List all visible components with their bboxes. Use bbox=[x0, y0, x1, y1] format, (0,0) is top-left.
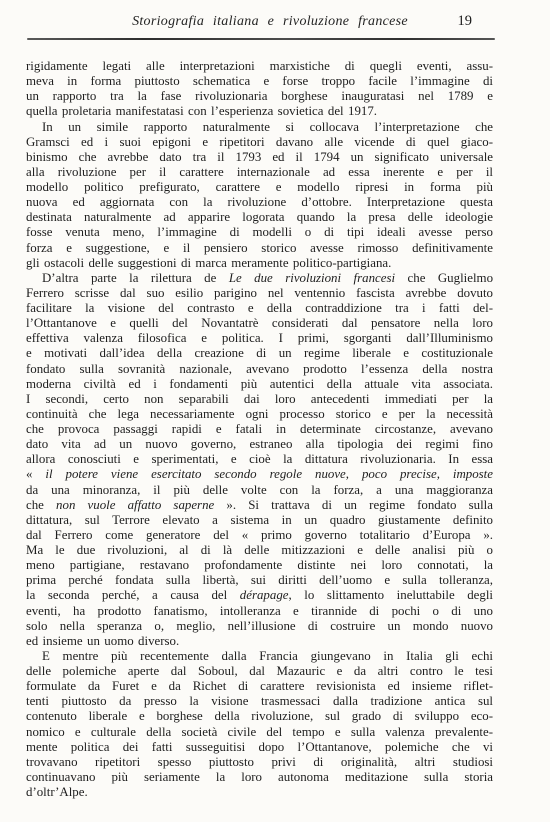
text-line: E mentre più recentemente dalla Francia … bbox=[26, 649, 493, 664]
text-line: facilitare la visione del contrasto e de… bbox=[26, 301, 493, 316]
text-line: meno partigiane, restavano profondamente… bbox=[26, 558, 493, 573]
text-segment: dato vita ad un nuovo governo, estraneo … bbox=[26, 437, 493, 451]
text-segment: che provoca passaggi rapidi e fatali in … bbox=[26, 422, 493, 436]
text-line: Gramsci ed i suoi epigoni e ripetitori d… bbox=[26, 135, 493, 150]
text-segment: da una minoranza, il più delle volte con… bbox=[26, 483, 493, 497]
text-segment: dal Ferrero come generatore del « primo … bbox=[26, 528, 493, 542]
italic-text-segment: il potere viene esercitato secondo regol… bbox=[45, 467, 493, 481]
italic-text-segment: dérapage bbox=[240, 588, 289, 602]
text-line: meva in forma piuttosto schematica e for… bbox=[26, 74, 493, 89]
book-page: Storiografia italiana e rivoluzione fran… bbox=[0, 0, 550, 822]
text-segment: facilitare la visione del contrasto e de… bbox=[26, 301, 493, 315]
text-segment: formulate da Furet e da Richet di caratt… bbox=[26, 679, 493, 693]
text-segment: Ma le due rivoluzioni, al di là delle mi… bbox=[26, 543, 493, 557]
text-line: rigidamente legati alle interpretazioni … bbox=[26, 59, 493, 74]
text-line: « il potere viene esercitato secondo reg… bbox=[26, 467, 493, 482]
text-line: binismo che avrebbe dato tra il 1793 ed … bbox=[26, 150, 493, 165]
text-segment: I secondi, certo non separabili dai loro… bbox=[26, 392, 493, 406]
text-segment: ». Si trattava di un regime fondato sull… bbox=[214, 498, 493, 512]
text-segment: binismo che avrebbe dato tra il 1793 ed … bbox=[26, 150, 493, 164]
text-segment: Gramsci ed i suoi epigoni e ripetitori d… bbox=[26, 135, 493, 149]
text-segment: mente politica dei fatti susseguitisi do… bbox=[26, 740, 493, 754]
text-line: che non vuole affatto saperne ». Si trat… bbox=[26, 498, 493, 513]
text-line: I secondi, certo non separabili dai loro… bbox=[26, 392, 493, 407]
text-line: la seconda perché, a causa del dérapage,… bbox=[26, 588, 493, 603]
text-line: nomico e culturale della società civile … bbox=[26, 725, 493, 740]
text-segment: un rapporto tra la fase rivoluzionaria b… bbox=[26, 89, 493, 103]
text-line: dal Ferrero come generatore del « primo … bbox=[26, 528, 493, 543]
text-segment: modello politico prefigurato, carattere … bbox=[26, 180, 493, 194]
text-segment: destinata naturalmente ad apparire logor… bbox=[26, 210, 493, 224]
text-segment: alla rivoluzione per il carattere intern… bbox=[26, 165, 493, 179]
text-segment: dittatura, sul Terrore elevato a sistema… bbox=[26, 513, 493, 527]
text-line: contenuto liberale e borghese della rivo… bbox=[26, 709, 493, 724]
text-line: eventi, ha prodotto fanatismo, intollera… bbox=[26, 604, 493, 619]
text-line: mente politica dei fatti susseguitisi do… bbox=[26, 740, 493, 755]
text-line: delle polemiche aperte dal Soboul, dal M… bbox=[26, 664, 493, 679]
text-segment: allora conosciuti e sperimentati, e cioè… bbox=[26, 452, 493, 466]
text-segment: meva in forma piuttosto schematica e for… bbox=[26, 74, 493, 88]
text-line: allora conosciuti e sperimentati, e cioè… bbox=[26, 452, 493, 467]
text-line: da una minoranza, il più delle volte con… bbox=[26, 483, 493, 498]
text-line: dittatura, sul Terrore elevato a sistema… bbox=[26, 513, 493, 528]
text-line: continuavano più seriamente la loro auto… bbox=[26, 770, 493, 785]
text-segment: forza e suggestione, e il pensiero stori… bbox=[26, 241, 493, 255]
text-line: fondato sulla sovranità nazionale, aveva… bbox=[26, 362, 493, 377]
body-text: rigidamente legati alle interpretazioni … bbox=[26, 59, 493, 800]
text-segment: ed insieme un uomo diverso. bbox=[26, 634, 179, 648]
text-segment: Ferrero scrisse dal suo esilio parigino … bbox=[26, 286, 493, 300]
text-line: gli ostacoli delle suggestioni di marca … bbox=[26, 256, 493, 271]
text-segment: fosse venuta meno, l’immagine di modelli… bbox=[26, 225, 493, 239]
text-line: quella proletaria manifestatasi con l’es… bbox=[26, 104, 493, 119]
text-segment: solo nella speranza o, meglio, nell’illu… bbox=[26, 619, 493, 633]
text-segment: delle polemiche aperte dal Soboul, dal M… bbox=[26, 664, 493, 678]
text-segment: contenuto liberale e borghese della rivo… bbox=[26, 709, 493, 723]
text-line: prima perché fondata sulla libertà, sui … bbox=[26, 573, 493, 588]
text-line: destinata naturalmente ad apparire logor… bbox=[26, 210, 493, 225]
text-line: alla rivoluzione per il carattere intern… bbox=[26, 165, 493, 180]
text-line: forza e suggestione, e il pensiero stori… bbox=[26, 241, 493, 256]
text-line: fosse venuta meno, l’immagine di modelli… bbox=[26, 225, 493, 240]
text-segment: fondato sulla sovranità nazionale, aveva… bbox=[26, 362, 493, 376]
text-segment: trovavano ripetitori spesso piuttosto pr… bbox=[26, 755, 493, 769]
text-line: che provoca passaggi rapidi e fatali in … bbox=[26, 422, 493, 437]
text-line: formulate da Furet e da Richet di caratt… bbox=[26, 679, 493, 694]
text-segment: tenti piuttosto da presso la visione tra… bbox=[26, 694, 493, 708]
text-segment: prima perché fondata sulla libertà, sui … bbox=[26, 573, 493, 587]
text-line: solo nella speranza o, meglio, nell’illu… bbox=[26, 619, 493, 634]
text-line: ed insieme un uomo diverso. bbox=[26, 634, 493, 649]
text-segment: gli ostacoli delle suggestioni di marca … bbox=[26, 256, 391, 270]
text-segment: , lo slittamento ineluttabile degli bbox=[288, 588, 493, 602]
text-line: effettiva valenza filosofica e politica.… bbox=[26, 331, 493, 346]
text-line: modello politico prefigurato, carattere … bbox=[26, 180, 493, 195]
text-segment: moderna civiltà ed i fondamenti più aute… bbox=[26, 377, 493, 391]
text-line: moderna civiltà ed i fondamenti più aute… bbox=[26, 377, 493, 392]
text-line: Ma le due rivoluzioni, al di là delle mi… bbox=[26, 543, 493, 558]
header-rule bbox=[27, 38, 495, 40]
text-segment: l’Ottantanove e quelli del Novantatrè co… bbox=[26, 316, 493, 330]
text-line: nuova ed aggiornata con la rivoluzione d… bbox=[26, 195, 493, 210]
text-segment: che bbox=[26, 498, 56, 512]
text-segment: nomico e culturale della società civile … bbox=[26, 725, 493, 739]
text-segment: quella proletaria manifestatasi con l’es… bbox=[26, 104, 377, 118]
text-segment: d’oltr’Alpe. bbox=[26, 785, 88, 799]
text-segment: meno partigiane, restavano profondamente… bbox=[26, 558, 493, 572]
text-line: Ferrero scrisse dal suo esilio parigino … bbox=[26, 286, 493, 301]
text-segment: la seconda perché, a causa del bbox=[26, 588, 240, 602]
text-segment: continuavano più seriamente la loro auto… bbox=[26, 770, 493, 784]
text-line: In un simile rapporto naturalmente si co… bbox=[26, 120, 493, 135]
text-segment: eventi, ha prodotto fanatismo, intollera… bbox=[26, 604, 493, 618]
italic-text-segment: non vuole affatto saperne bbox=[56, 498, 214, 512]
text-line: l’Ottantanove e quelli del Novantatrè co… bbox=[26, 316, 493, 331]
italic-text-segment: Le due rivoluzioni francesi bbox=[229, 271, 395, 285]
text-segment: D’altra parte la rilettura de bbox=[42, 271, 229, 285]
text-segment: In un simile rapporto naturalmente si co… bbox=[42, 120, 493, 134]
text-line: tenti piuttosto da presso la visione tra… bbox=[26, 694, 493, 709]
text-segment: e motivati dall’idea della creazione di … bbox=[26, 346, 493, 360]
text-line: e motivati dall’idea della creazione di … bbox=[26, 346, 493, 361]
text-line: un rapporto tra la fase rivoluzionaria b… bbox=[26, 89, 493, 104]
text-line: d’oltr’Alpe. bbox=[26, 785, 493, 800]
text-line: D’altra parte la rilettura de Le due riv… bbox=[26, 271, 493, 286]
text-segment: « bbox=[26, 467, 45, 481]
page-number: 19 bbox=[458, 13, 473, 30]
text-segment: che Guglielmo bbox=[395, 271, 493, 285]
text-segment: E mentre più recentemente dalla Francia … bbox=[42, 649, 493, 663]
text-segment: nuova ed aggiornata con la rivoluzione d… bbox=[26, 195, 493, 209]
text-segment: continuità che lega necessariamente ogni… bbox=[26, 407, 493, 421]
text-segment: rigidamente legati alle interpretazioni … bbox=[26, 59, 493, 73]
text-segment: effettiva valenza filosofica e politica.… bbox=[26, 331, 493, 345]
text-line: continuità che lega necessariamente ogni… bbox=[26, 407, 493, 422]
text-line: dato vita ad un nuovo governo, estraneo … bbox=[26, 437, 493, 452]
text-line: trovavano ripetitori spesso piuttosto pr… bbox=[26, 755, 493, 770]
